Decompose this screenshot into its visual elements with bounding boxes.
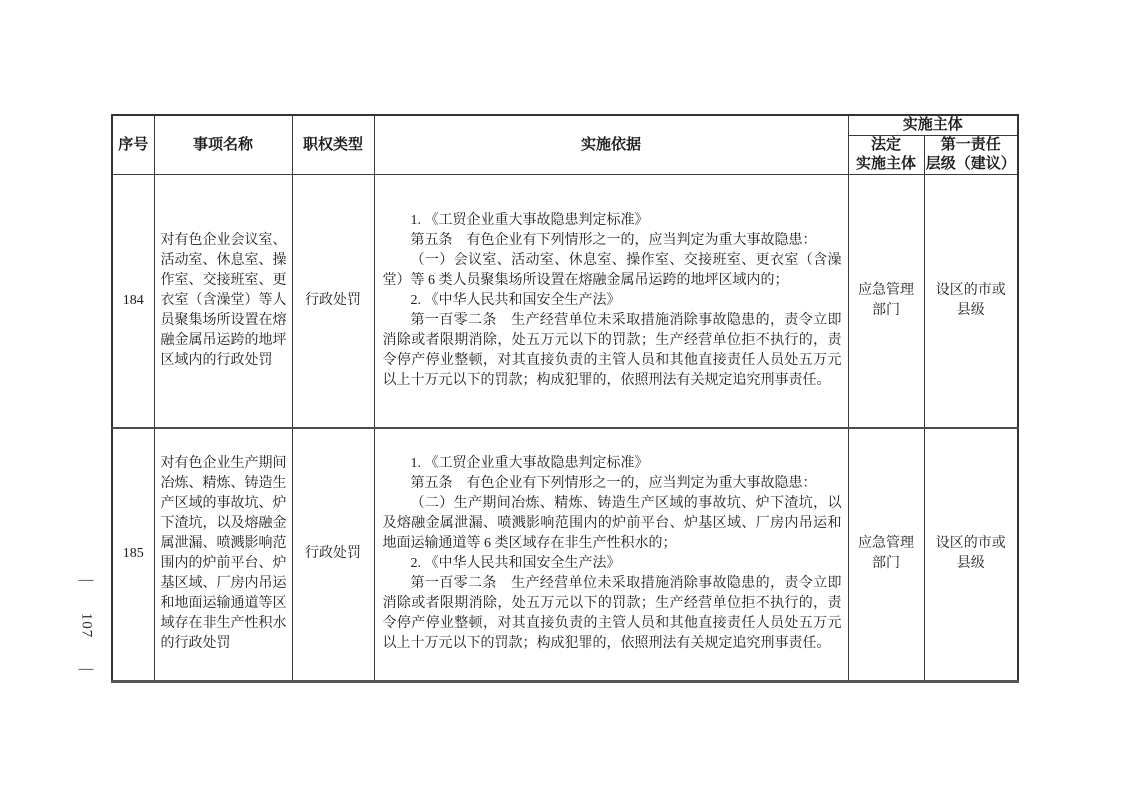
row-185-basis-paragraph: 第五条 有色企业有下列情形之一的，应当判定为重大事故隐患：	[383, 474, 842, 494]
table-row-184: 184 对有色企业会议室、活动室、休息室、操作室、交接班室、更衣室（含澡堂）等人…	[112, 175, 1018, 428]
header-statutory-subject-line1: 法定	[849, 136, 924, 155]
row-184-responsibility-level: 设区的市或县级	[924, 175, 1018, 428]
table-row-185: 185 对有色企业生产期间冶炼、精炼、铸造生产区域的事故坑、炉下渣坑，以及熔融金…	[112, 428, 1018, 682]
row-184-basis-paragraph: 第五条 有色企业有下列情形之一的，应当判定为重大事故隐患：	[383, 231, 842, 251]
side-page-number: — 107 —	[68, 573, 104, 677]
row-185-basis-paragraph: 1. 《工贸企业重大事故隐患判定标准》	[383, 454, 842, 474]
row-184-statutory-subject: 应急管理部门	[848, 175, 924, 428]
row-184-basis-paragraph: 2. 《中华人民共和国安全生产法》	[383, 291, 842, 311]
document-page: — 107 — 序号 事项名称 职权类型 实施依据 实施主体 法定 实施主体	[0, 0, 1122, 793]
header-serial-number: 序号	[112, 115, 154, 175]
header-item-name: 事项名称	[154, 115, 292, 175]
row-185-authority-type: 行政处罚	[292, 428, 374, 682]
row-185-basis-paragraph: 第一百零二条 生产经营单位未采取措施消除事故隐患的，责令立即消除或者限期消除，处…	[383, 574, 842, 654]
header-implementation-subject-group: 实施主体	[848, 115, 1018, 136]
header-first-responsibility-level-line2: 层级（建议）	[925, 155, 1018, 174]
row-185-implementation-basis: 1. 《工贸企业重大事故隐患判定标准》 第五条 有色企业有下列情形之一的，应当判…	[374, 428, 848, 682]
row-185-basis-paragraph: （二）生产期间冶炼、精炼、铸造生产区域的事故坑、炉下渣坑，以及熔融金属泄漏、喷溅…	[383, 494, 842, 554]
table-header: 序号 事项名称 职权类型 实施依据 实施主体 法定 实施主体 第一责任 层级（建…	[112, 115, 1018, 175]
row-184-basis-paragraph: 第一百零二条 生产经营单位未采取措施消除事故隐患的，责令立即消除或者限期消除，处…	[383, 311, 842, 391]
administrative-power-table: 序号 事项名称 职权类型 实施依据 实施主体 法定 实施主体 第一责任 层级（建…	[111, 114, 1019, 683]
row-185-serial-number: 185	[112, 428, 154, 682]
row-184-implementation-basis: 1. 《工贸企业重大事故隐患判定标准》 第五条 有色企业有下列情形之一的，应当判…	[374, 175, 848, 428]
row-185-statutory-subject: 应急管理部门	[848, 428, 924, 682]
header-statutory-subject-line2: 实施主体	[849, 155, 924, 174]
row-184-item-name: 对有色企业会议室、活动室、休息室、操作室、交接班室、更衣室（含澡堂）等人员聚集场…	[154, 175, 292, 428]
page-number-dash-top: —	[79, 573, 94, 588]
row-185-basis-paragraph: 2. 《中华人民共和国安全生产法》	[383, 554, 842, 574]
header-statutory-subject: 法定 实施主体	[848, 136, 924, 175]
page-number-value: 107	[79, 612, 94, 638]
row-184-serial-number: 184	[112, 175, 154, 428]
header-first-responsibility-level-line1: 第一责任	[925, 136, 1018, 155]
header-first-responsibility-level: 第一责任 层级（建议）	[924, 136, 1018, 175]
page-number-dash-bottom: —	[79, 662, 94, 677]
row-185-responsibility-level: 设区的市或县级	[924, 428, 1018, 682]
row-185-item-name: 对有色企业生产期间冶炼、精炼、铸造生产区域的事故坑、炉下渣坑，以及熔融金属泄漏、…	[154, 428, 292, 682]
row-184-authority-type: 行政处罚	[292, 175, 374, 428]
header-authority-type: 职权类型	[292, 115, 374, 175]
header-implementation-basis: 实施依据	[374, 115, 848, 175]
row-184-basis-paragraph: 1. 《工贸企业重大事故隐患判定标准》	[383, 211, 842, 231]
row-184-basis-paragraph: （一）会议室、活动室、休息室、操作室、交接班室、更衣室（含澡堂）等 6 类人员聚…	[383, 251, 842, 291]
